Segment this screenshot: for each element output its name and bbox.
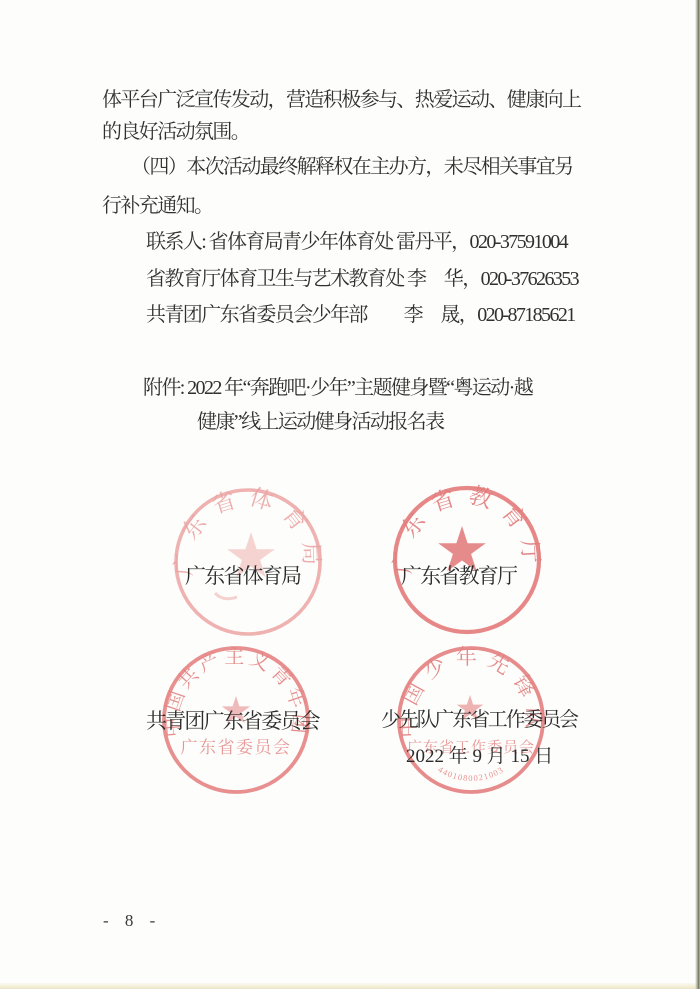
contact-line-3: 共青团广东省委员会少年部 李 晟，020-87185621 xyxy=(146,301,575,329)
scan-edge-right xyxy=(695,0,700,989)
attachment-line-1: 附件: 2022 年“奔跑吧·少年”主题健身暨“粤运动·越 xyxy=(143,374,532,402)
body-line-3: （四）本次活动最终解释权在主办方，未尽相关事宜另 xyxy=(131,153,573,181)
scan-edge-bottom xyxy=(0,983,700,989)
attachment-line-2: 健康”线上运动健身活动报名表 xyxy=(197,408,443,436)
org-label-pioneer: 少先队广东省工作委员会 xyxy=(381,703,577,732)
body-line-4: 行补充通知。 xyxy=(102,192,212,220)
body-line-1: 体平台广泛宣传发动，营造积极参与、热爱运动、健康向上 xyxy=(102,86,580,114)
document-page: 体平台广泛宣传发动，营造积极参与、热爱运动、健康向上 的良好活动氛围。 （四）本… xyxy=(0,0,700,989)
body-line-2: 的良好活动氛围。 xyxy=(102,118,249,146)
stamp-smudge xyxy=(215,593,237,599)
org-label-edu: 广东省教育厅 xyxy=(401,560,516,590)
org-label-sport: 广东省体育局 xyxy=(185,560,300,590)
seal-inner-text-league: 广东省委员会 xyxy=(181,738,292,757)
signature-date: 2022 年 9 月 15 日 xyxy=(406,741,553,768)
org-label-league: 共青团广东省委员会 xyxy=(146,705,319,735)
page-number: - 8 - xyxy=(103,911,161,931)
contact-line-1: 联系人: 省体育局青少年体育处 雷丹平，020-37591004 xyxy=(146,228,567,256)
contact-line-2: 省教育厅体育卫生与艺术教育处 李 华，020-37626353 xyxy=(146,265,578,293)
